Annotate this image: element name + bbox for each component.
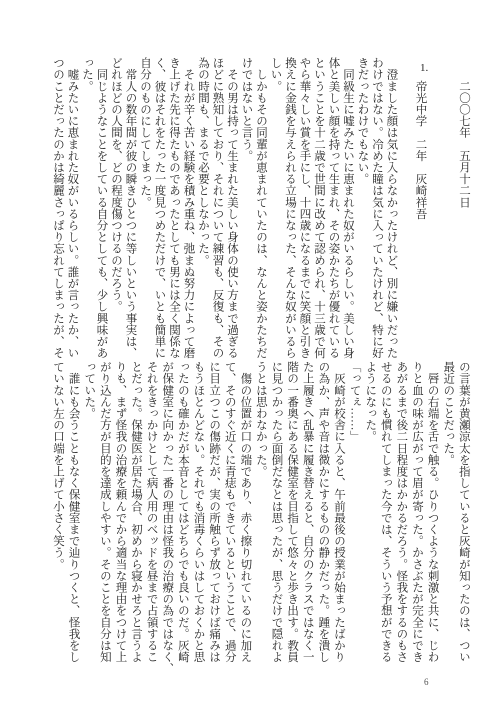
page-number: 6 [424, 677, 429, 687]
text-column: わけではない。冷めた瞳は気に入っていたけれど、特に好 [371, 57, 383, 359]
text-column: った。 [81, 57, 93, 359]
text-column: 灰崎が校舎に入ると、午前最後の授業が始まったばかり [333, 361, 345, 663]
text-column: て、そのすぐ近くに青痣もできているということで、過分 [224, 361, 236, 663]
text-column: に目立つこの傷跡だが、実の所触らず放っておけば痛みは [208, 361, 220, 663]
text-column: つのことだったのかは綺麗さっぱり忘れてしまったが、そ [52, 57, 64, 359]
text-column: それが辛く苦い経験を積み重ね、弛まぬ努力によって磨 [183, 57, 195, 359]
text-column: 為の時間も、まるで必要としなかった。 [197, 57, 209, 359]
text-column: どれほどの人間を、どの程度傷つけるのだろう。 [110, 57, 122, 359]
text-column: 階の一番奥にある保健室を目指して悠々と歩き出す。教員 [286, 361, 298, 663]
text-column: 自分のものにしてしまった。 [139, 57, 151, 359]
text-column [444, 57, 456, 359]
upper-text-block: 二〇〇七年 五月十二日 帝光中学 二年 灰崎祥吾 澄ました顔は気に入らなかったけ… [52, 57, 470, 359]
author-line: 帝光中学 二年 灰崎祥吾 [415, 57, 427, 359]
text-column: けではないと言う。 [241, 57, 253, 359]
text-column: うとは思わなかった。 [255, 361, 267, 663]
date-line: 二〇〇七年 五月十二日 [458, 57, 470, 359]
text-column: 「ってぇ……」 [349, 361, 361, 663]
text-column: た上履きへ乱暴に履き替えると、自分のクラスではなく一 [302, 361, 314, 663]
text-column: しかもその同輩が恵まれていたのは、なんと姿かたちだ [255, 57, 267, 359]
text-column [400, 57, 412, 359]
text-column: の言葉が黄瀬涼太を指していると灰崎が知ったのは、つい [458, 361, 470, 663]
text-column: せるのにも慣れてしまった今では、そういう予想ができる [380, 361, 392, 663]
text-column: りも、まず怪我の治療を頼んでから適当な理由をつけて上 [114, 361, 126, 663]
text-column: っていた。 [83, 361, 95, 663]
text-column: 換えに金銭を与えられる立場になった、そんな奴がいるら [284, 57, 296, 359]
text-column: ていない左の口端を上げて小さく笑う。 [52, 361, 64, 663]
text-column: 同級生に嘘みたいに恵まれた奴がいるらしい。美しい身 [342, 57, 354, 359]
text-column [429, 57, 441, 359]
text-column: ったのも確かだが本音としてはどちらでも良いのだ。灰崎 [177, 361, 189, 663]
text-column: りと血の味が広がって眉が寄った。かさぶたが完全にでき [411, 361, 423, 663]
text-column: 澄ました顔は気に入らなかったけれど、別に嫌いだった [386, 57, 398, 359]
text-column: き上げた先に得たものであったとしても男には全く関係な [168, 57, 180, 359]
text-column: あがるまで後二日程度はかかるだろう。怪我をするのもさ [395, 361, 407, 663]
text-column: く、彼はそれをたった一度見つめただけで、いとも簡単に [154, 57, 166, 359]
text-column: がり込んだ方が目的を達成しやすい。そのことを自分は知 [99, 361, 111, 663]
text-column: ようになった。 [364, 361, 376, 663]
page: 1. 二〇〇七年 五月十二日 帝光中学 二年 灰崎祥吾 澄ました顔は気に入らなか… [0, 0, 500, 710]
text-column: 最近のことだった。 [442, 361, 454, 663]
text-column: その男は持って生まれた美しい身体の使い方まで過ぎる [226, 57, 238, 359]
text-column: 傷の位置が口の端であり、赤く擦り切れているのに加え [239, 361, 251, 663]
text-column: きだったわけでもない。 [357, 57, 369, 359]
text-column: ほどに熟知しており、それについて練習も、反復も、その [212, 57, 224, 359]
lower-text-block: の言葉が黄瀬涼太を指していると灰崎が知ったのは、つい最近のことだった。 唇の右端… [52, 361, 470, 663]
text-column: ということを十二歳で世間に改めて認められ、十三歳で何 [313, 57, 325, 359]
text-column: やら華々しい賞を手にし、十四歳になるまでに笑顔と引き [299, 57, 311, 359]
text-column: 体と美しい顔を持って生まれ、その姿かたちが優れている [328, 57, 340, 359]
text-column: しい。 [270, 57, 282, 359]
text-column: 誰にも会うこともなく保健室まで辿りつくと、怪我をし [68, 361, 80, 663]
text-column: 唇の右端を舌で触る。ひりつくような刺激と共に、じわ [427, 361, 439, 663]
text-column: 嘘みたいに恵まれた奴がいるらしい。誰が言ったか、い [67, 57, 79, 359]
text-column: が保健室に向かった一番の理由は怪我の治療の為ではなく、 [161, 361, 173, 663]
text-column: とだった。保健医が居た場合、初めから寝かせろと言うよ [130, 361, 142, 663]
text-column: に見つかったら面倒だなとは思ったが、思うだけで隠れよ [271, 361, 283, 663]
text-column: もうほとんどない。それでも消毒くらいはしておくかと思 [192, 361, 204, 663]
text-column: 常人の数年間が彼の瞬きひとつに等しいという事実は、 [125, 57, 137, 359]
text-column: の為か、声や音は微かにするものの静かだった。踵を潰し [317, 361, 329, 663]
text-column: 同じようなことをしている自分としても、少し興味があ [96, 57, 108, 359]
text-column: それをきっかけとして病人用のベッドを昼まで占領するこ [146, 361, 158, 663]
